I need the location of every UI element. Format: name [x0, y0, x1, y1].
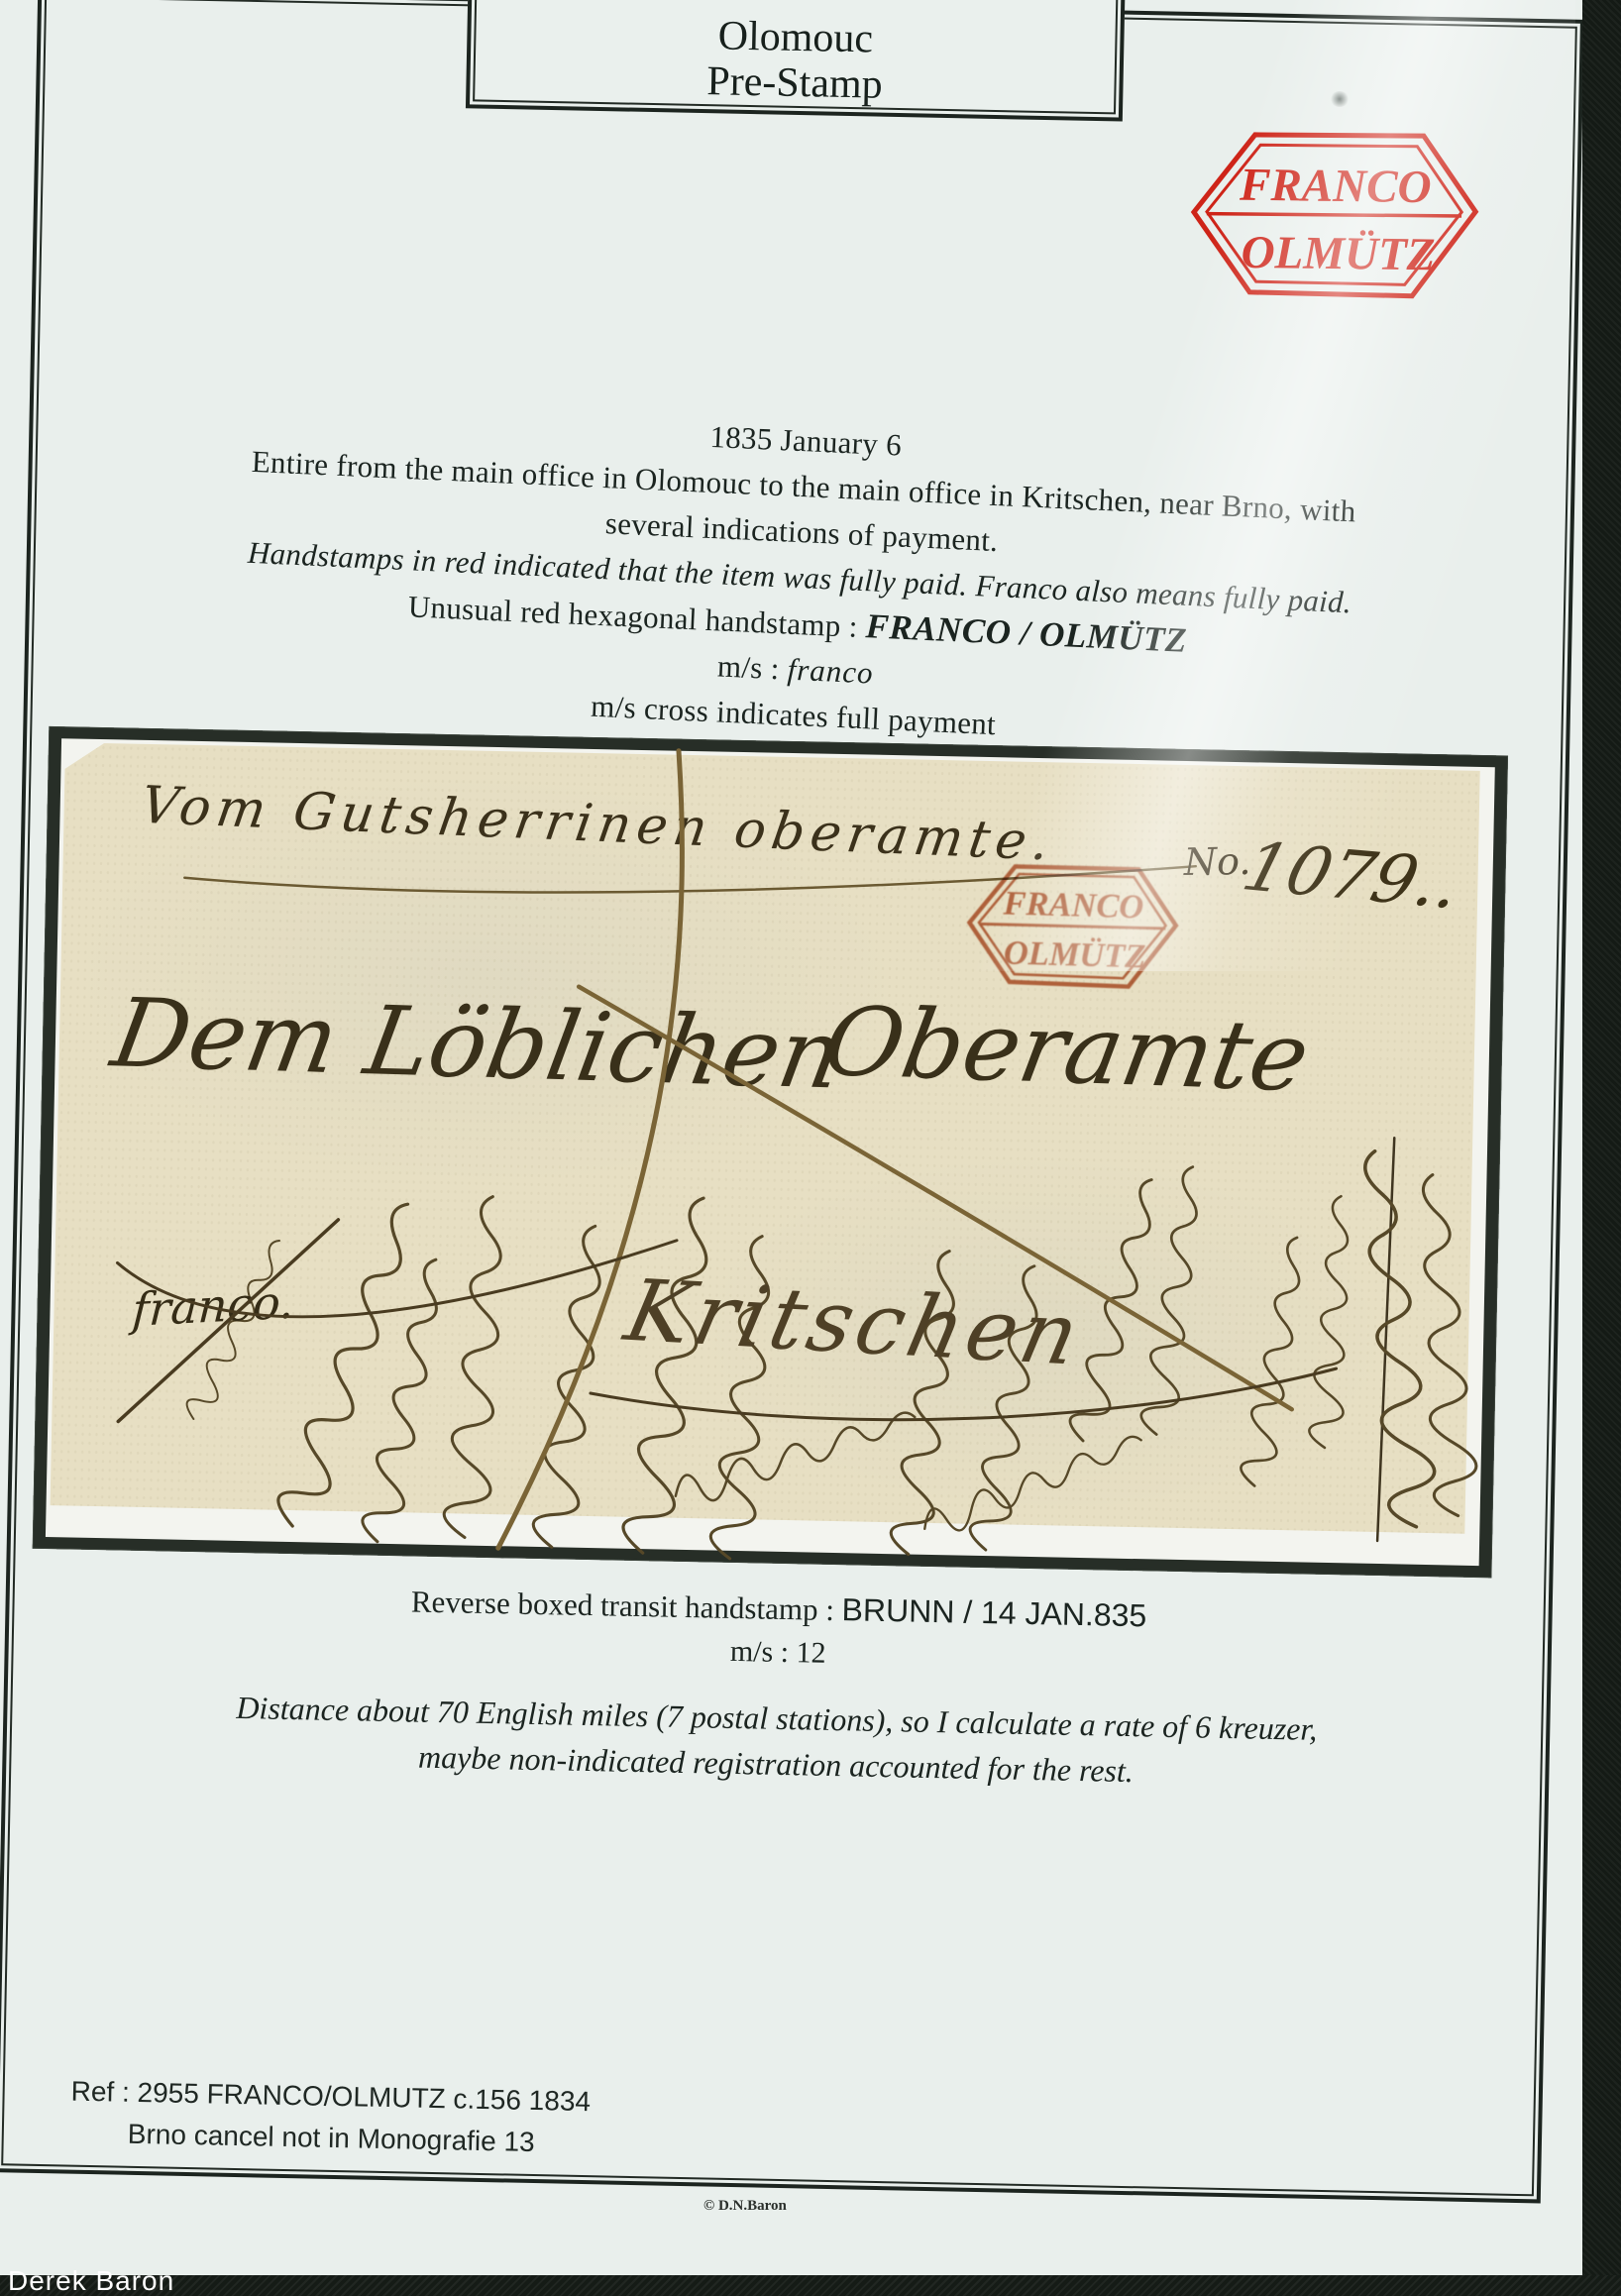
scanner-background-right [1582, 0, 1621, 2296]
manuscript-cross-strokes [33, 726, 1508, 1578]
copyright-notice: © D.N.Baron [703, 2198, 787, 2215]
reference-block: Ref : 2955 FRANCO/OLMUTZ c.156 1834 Brno… [69, 2071, 591, 2165]
transit-handstamp-value: BRUNN / 14 JAN.835 [841, 1591, 1146, 1633]
intro-franco-manuscript-word: franco [787, 652, 874, 691]
handstamp-illustration-text-olmutz: OLMÜTZ [1241, 227, 1435, 281]
transit-text-block: Reverse boxed transit handstamp : BRUNN … [109, 1572, 1446, 1800]
watermark-text: Derek Baron [8, 2265, 174, 2296]
handstamp-illustration-text-franco: FRANCO [1239, 160, 1432, 214]
title-box: Olomouc Pre-Stamp [466, 0, 1126, 122]
franco-olmutz-handstamp-illustration: FRANCO OLMÜTZ [1186, 117, 1483, 313]
page-border-frame: Olomouc Pre-Stamp FRANCO OLMÜTZ 1835 Jan… [0, 0, 1584, 2203]
ink-smudge [1330, 91, 1350, 107]
scanner-background-bottom [0, 2275, 1621, 2296]
cover-photo: Vom Gutsherrinen oberamte. No. 1079.. De… [33, 726, 1508, 1578]
